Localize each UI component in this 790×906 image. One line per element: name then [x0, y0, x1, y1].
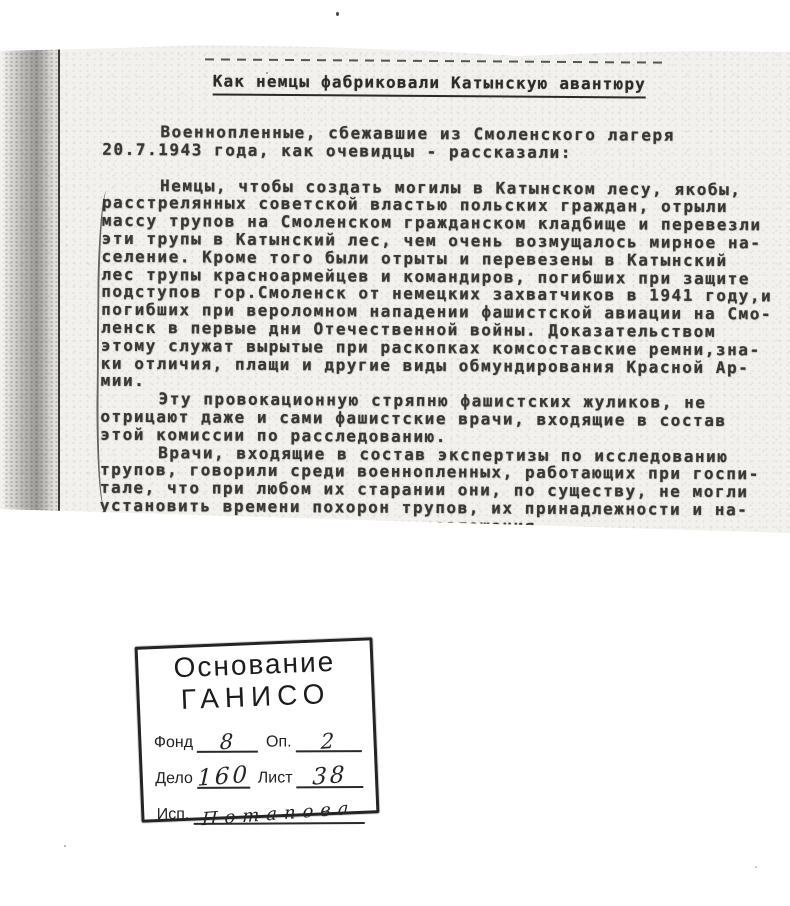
stamp-blank-list: 38 — [296, 760, 363, 788]
stamp-row-fond-op: Фонд 8 Оп. 2 — [154, 724, 362, 753]
perforation-dashed-line — [205, 58, 668, 63]
stamp-row-delo-list: Дело 160 Лист 38 — [155, 760, 363, 789]
stamp-value-delo: 160 — [197, 762, 251, 792]
typewritten-text: Военнопленные, сбежавшие из Смоленского … — [100, 123, 790, 537]
stamp-value-list: 38 — [312, 762, 348, 791]
paper-speck — [755, 866, 757, 868]
stamp-label-op: Оп. — [258, 733, 296, 752]
stamp-blank-op: 2 — [295, 724, 361, 752]
stamp-blank-isp: Потапова — [193, 796, 365, 825]
scanned-page: Как немцы фабриковали Катынскую авантюру… — [0, 44, 790, 535]
document-title: Как немцы фабриковали Катынскую авантюру — [213, 71, 646, 98]
text-line: 20.7.1943 года, как очевидцы - рассказал… — [102, 141, 790, 164]
stamp-value-fond: 8 — [219, 729, 235, 754]
page-content: Как немцы фабриковали Катынскую авантюру… — [0, 44, 790, 541]
stamp-label-list: Лист — [250, 769, 297, 788]
stamp-value-op: 2 — [321, 729, 337, 754]
stamp-value-isp: Потапова — [202, 798, 356, 831]
stamp-blank-delo: 160 — [197, 761, 250, 789]
stamp-label-isp: Исп. — [157, 806, 194, 825]
stamp-label-fond: Фонд — [154, 734, 197, 753]
stamp-label-delo: Дело — [155, 770, 197, 789]
archive-stamp: Основание ГАНИСО Фонд 8 Оп. 2 Дело 160 Л… — [135, 637, 380, 822]
paper-speck — [266, 72, 268, 74]
paper-speck — [336, 12, 339, 16]
stamp-row-isp: Исп. Потапова — [157, 796, 365, 825]
stamp-blank-fond: 8 — [197, 725, 258, 753]
paper-speck — [64, 845, 66, 847]
